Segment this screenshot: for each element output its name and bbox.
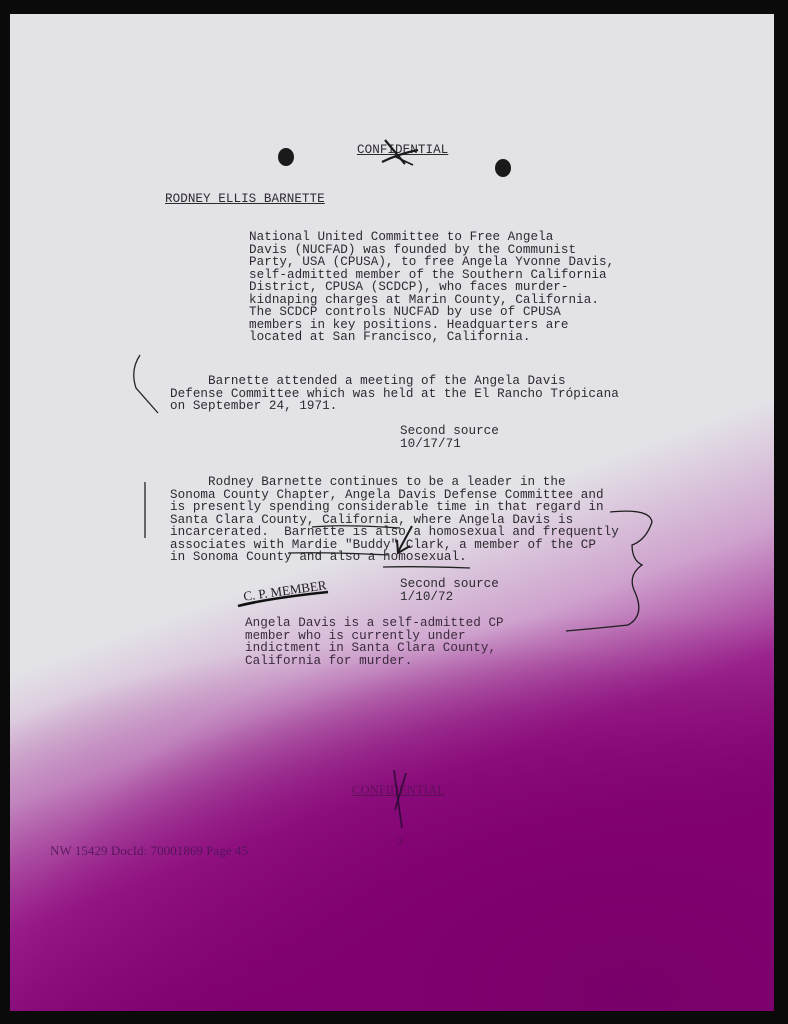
punch-hole: [495, 159, 511, 177]
punch-hole: [278, 148, 294, 166]
classification-stamp: CONFIDENTIAL: [357, 144, 448, 156]
footer-classification-stamp: CONFIDENTIAL: [352, 784, 445, 796]
page-marker: - 3 -: [385, 838, 415, 850]
archive-footer: NW 15429 DocId: 70001869 Page 45: [50, 845, 248, 857]
subject-heading: RODNEY ELLIS BARNETTE: [165, 193, 325, 205]
